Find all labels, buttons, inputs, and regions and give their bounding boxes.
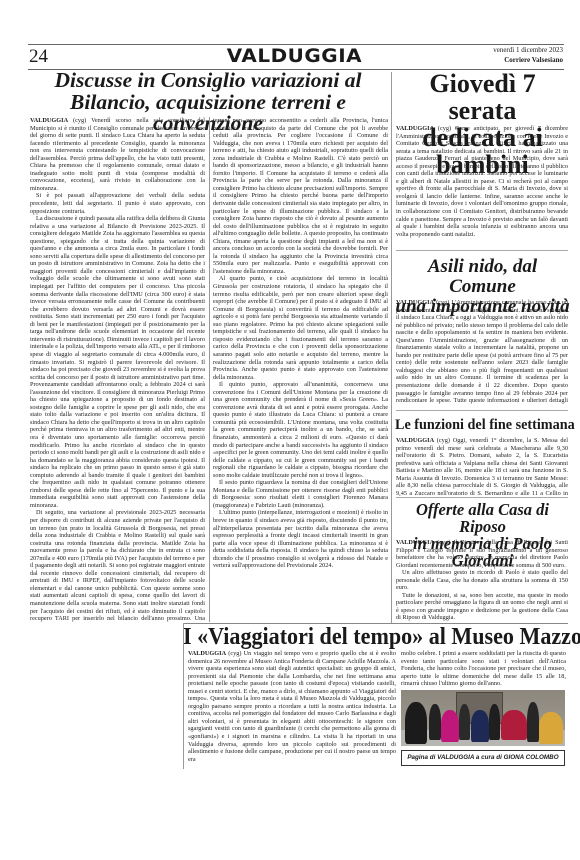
article-paragraph: VALDUGGIA (cyg) Il Direttivo della Casa … xyxy=(396,539,568,569)
photo-figure-navy-dress xyxy=(471,710,489,742)
article-paragraph: VALDUGGIA (cyg) Un viaggio nel tempo ver… xyxy=(188,650,396,763)
photo-figure-gentleman xyxy=(489,704,500,740)
headline-viaggiatori: I «Viaggiatori del tempo» al Museo Mazzo… xyxy=(183,625,546,649)
photo-figure-gentleman xyxy=(429,704,441,740)
publication-name: Corriere Valsesiano xyxy=(493,55,563,65)
paragraph-text: Oggi, venerdì 1° dicembre, la S. Messa d… xyxy=(396,437,568,497)
issue-date: venerdì 1 dicembre 2023 xyxy=(493,45,563,55)
photo-figure-gold-dress xyxy=(539,712,563,744)
article-paragraph: Il sesto punto riguardava la nomina di d… xyxy=(213,479,388,509)
paragraph-text: Un viaggio nel tempo vero e proprio quel… xyxy=(188,650,396,763)
byline: (cyg) xyxy=(438,125,451,132)
article-paragraph: molto celebre. I primi a essere soddisfa… xyxy=(401,650,566,688)
headline-line: Asili nido, dal Comune xyxy=(395,257,570,297)
article-viaggiatori-col2: molto celebre. I primi a essere soddisfa… xyxy=(401,650,566,688)
paragraph-text: L'Amministrazione comunale ha reso noto … xyxy=(396,299,568,405)
photo-viaggiatori-group xyxy=(401,690,565,746)
byline: (cyg) xyxy=(437,437,450,444)
column-divider xyxy=(391,72,392,624)
article-paragraph: Tutte le donazioni, si sa, sono ben acce… xyxy=(396,592,568,621)
photo-figure-gentleman xyxy=(459,704,470,740)
photo-figure-gentleman xyxy=(527,702,539,742)
byline: (cyg) xyxy=(436,299,449,306)
byline: (cyg) xyxy=(228,650,241,657)
page-credit-box: Pagina di VALDUGGIA a cura di GIONA COLO… xyxy=(401,750,565,766)
column-divider xyxy=(209,117,210,622)
dateline-lead: VALDUGGIA xyxy=(396,125,434,132)
headline-funzioni: Le funzioni del fine settimana xyxy=(395,418,570,432)
paragraph-text: Come anticipato, per giovedì 7 dicembre … xyxy=(396,125,568,238)
dateline: venerdì 1 dicembre 2023 Corriere Valsesi… xyxy=(493,45,563,65)
newspaper-page: 24 VALDUGGIA venerdì 1 dicembre 2023 Cor… xyxy=(0,0,580,860)
dateline-lead: VALDUGGIA xyxy=(396,539,434,546)
byline: (cyg) xyxy=(73,117,86,124)
article-viaggiatori-col1: VALDUGGIA (cyg) Un viaggio nel tempo ver… xyxy=(188,650,396,768)
column-divider xyxy=(183,623,184,769)
article-asili-body: VALDUGGIA (cyg) L'Amministrazione comuna… xyxy=(396,299,568,405)
article-paragraph: Si è poi passati all'approvazione dei ve… xyxy=(30,192,205,215)
article-paragraph: Di seguito, una variazione al previsiona… xyxy=(30,509,205,622)
article-paragraph: terreni non avevano acconsentito a ceder… xyxy=(213,117,388,275)
dateline-lead: VALDUGGIA xyxy=(30,117,68,124)
article-paragraph: VALDUGGIA (cyg) Venerdì scorso nella sal… xyxy=(30,117,205,192)
dateline-lead: VALDUGGIA xyxy=(396,437,434,444)
dateline-lead: VALDUGGIA xyxy=(396,299,434,306)
headline-line: Giovedì 7 serata xyxy=(395,70,570,124)
headline-line: Offerte alla Casa di Riposo xyxy=(395,501,570,535)
section-divider xyxy=(396,250,568,251)
byline: (cyg) xyxy=(437,539,450,546)
headline-line: Discusse in Consiglio variazioni al xyxy=(30,70,386,92)
photo-figure-red-dress xyxy=(501,710,527,740)
article-paragraph: VALDUGGIA (cyg) L'Amministrazione comuna… xyxy=(396,299,568,405)
article-paragraph: Un altro affettuoso gesto in ricordo di … xyxy=(396,569,568,592)
article-paragraph: VALDUGGIA (cyg) Come anticipato, per gio… xyxy=(396,125,568,238)
page-number: 24 xyxy=(29,46,48,68)
section-divider xyxy=(396,497,568,498)
article-funzioni-body: VALDUGGIA (cyg) Oggi, venerdì 1° dicembr… xyxy=(396,437,568,497)
article-paragraph: Al quarto punto, e cioè acquisizione del… xyxy=(213,275,388,381)
section-title: VALDUGGIA xyxy=(227,45,362,67)
photo-figure-black-dress xyxy=(405,702,427,744)
article-paragraph: VALDUGGIA (cyg) Oggi, venerdì 1° dicembr… xyxy=(396,437,568,497)
article-offerte-body: VALDUGGIA (cyg) Il Direttivo della Casa … xyxy=(396,539,568,621)
article-consiglio-col2: terreni non avevano acconsentito a ceder… xyxy=(213,117,388,612)
article-giovedi-body: VALDUGGIA (cyg) Come anticipato, per gio… xyxy=(396,125,568,246)
article-paragraph: La discussione è quindi passata alla rat… xyxy=(30,215,205,509)
section-divider xyxy=(396,410,568,411)
photo-figure-magenta-dress xyxy=(441,710,459,742)
article-paragraph: L'ultimo punto (interpellanze, interroga… xyxy=(213,509,388,569)
dateline-lead: VALDUGGIA xyxy=(188,650,226,657)
paragraph-text: Venerdì scorso nella sala consiliare del… xyxy=(30,117,205,192)
article-paragraph: Il quinto punto, approvato all'unanimità… xyxy=(213,381,388,479)
article-consiglio-col1: VALDUGGIA (cyg) Venerdì scorso nella sal… xyxy=(30,117,205,622)
